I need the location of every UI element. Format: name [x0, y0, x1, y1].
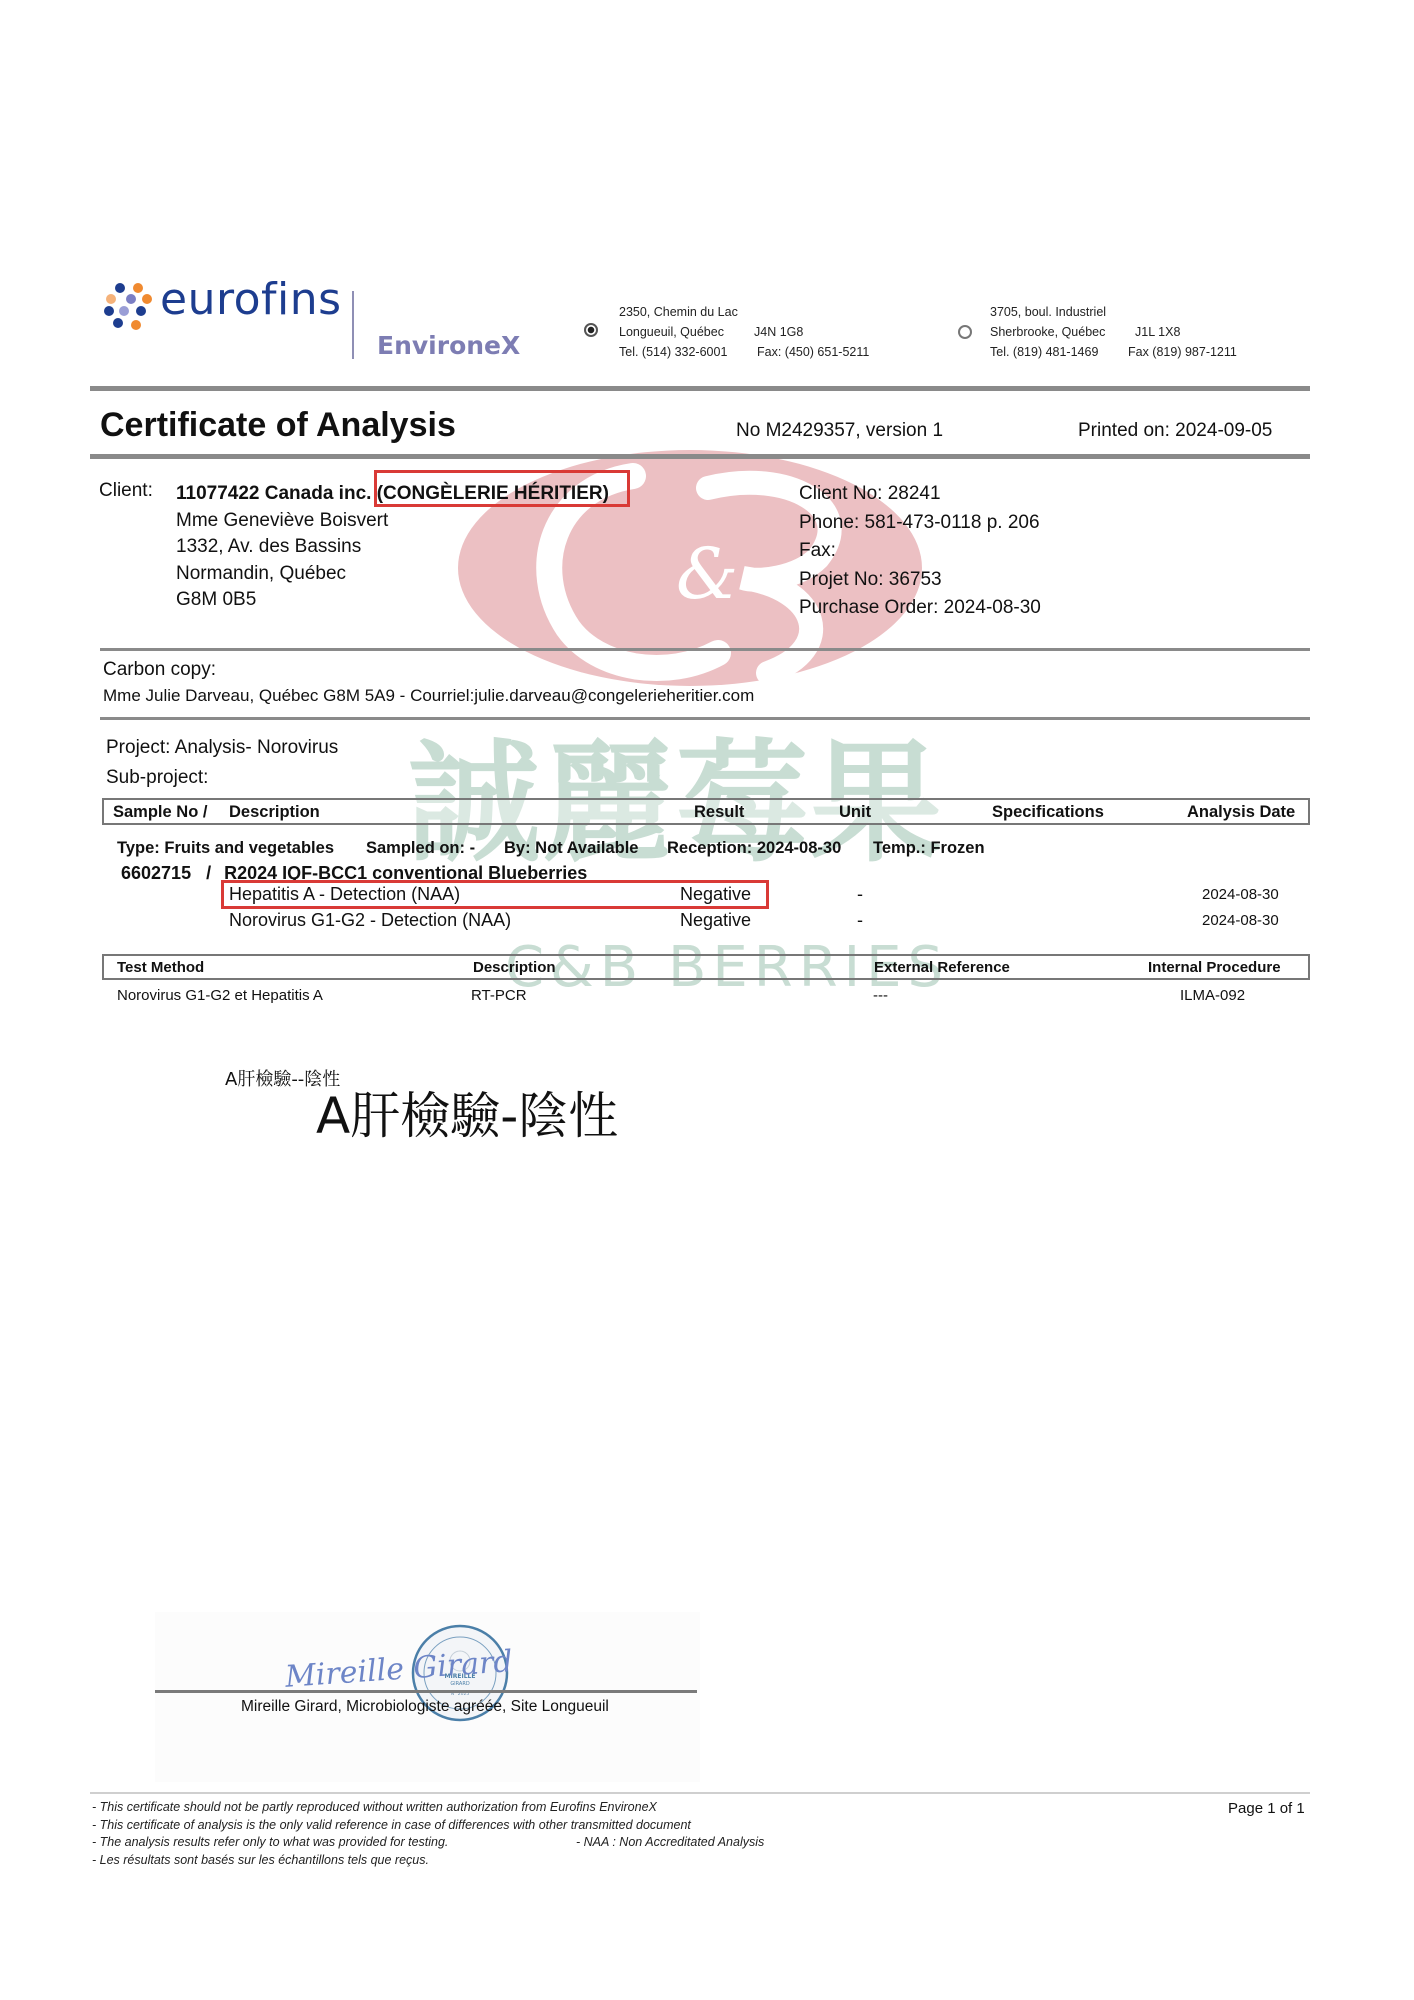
col-sample-no: Sample No / — [113, 804, 207, 821]
document-title: Certificate of Analysis — [100, 408, 456, 442]
client-company: 11077422 Canada inc. — [176, 483, 371, 504]
col-specifications: Specifications — [992, 804, 1104, 821]
annotation-large: A肝檢驗-陰性 — [316, 1091, 618, 1141]
sample-sampled-on: Sampled on: - — [366, 840, 475, 857]
client-number: Client No: 28241 — [799, 480, 1041, 509]
client-contact: Mme Geneviève Boisvert — [176, 508, 609, 535]
printed-date: Printed on: 2024-09-05 — [1078, 421, 1272, 440]
method-internal-procedure: ILMA-092 — [1180, 988, 1245, 1003]
client-details: Client No: 28241 Phone: 581-473-0118 p. … — [799, 480, 1041, 623]
footer-note: - The analysis results refer only to wha… — [92, 1834, 576, 1852]
col-analysis-date: Analysis Date — [1187, 804, 1295, 821]
method-table-header: Test Method Description External Referen… — [102, 954, 1310, 980]
col-internal-procedure: Internal Procedure — [1148, 960, 1281, 975]
carbon-copy-value: Mme Julie Darveau, Québec G8M 5A9 - Cour… — [103, 687, 754, 704]
sample-separator: / — [206, 863, 211, 883]
page-number: Page 1 of 1 — [1228, 1801, 1305, 1816]
svg-text:&: & — [676, 533, 738, 615]
col-test-method: Test Method — [117, 960, 204, 975]
carbon-copy-label: Carbon copy: — [103, 660, 216, 679]
col-method-description: Description — [473, 960, 556, 975]
site-longueuil-radio-selected-icon — [584, 323, 598, 337]
method-test-method: Norovirus G1-G2 et Hepatitis A — [117, 988, 323, 1003]
sub-project: Sub-project: — [106, 763, 338, 793]
client-city: Normandin, Québec — [176, 561, 609, 588]
project-name: Project: Analysis- Norovirus — [106, 733, 338, 763]
col-external-reference: External Reference — [874, 960, 1010, 975]
title-divider — [90, 454, 1310, 459]
client-label: Client: — [99, 481, 153, 500]
col-description: Description — [229, 804, 320, 821]
client-fax: Fax: — [799, 537, 1041, 566]
sample-reception: Reception: 2024-08-30 — [667, 840, 841, 857]
client-postal: G8M 0B5 — [176, 587, 609, 614]
result-row-result: Negative — [680, 911, 751, 929]
sample-number: 6602715 — [121, 863, 191, 883]
footer-notes: - This certificate should not be partly … — [92, 1799, 764, 1869]
result-row-desc: Norovirus G1-G2 - Detection (NAA) — [229, 911, 511, 929]
results-table-header: Sample No / Description Result Unit Spec… — [102, 798, 1310, 825]
result-row-unit: - — [857, 911, 863, 929]
project-number: Projet No: 36753 — [799, 566, 1041, 595]
result-row-date: 2024-08-30 — [1202, 913, 1279, 928]
footer-note: - Les résultats sont basés sur les échan… — [92, 1852, 764, 1870]
method-external-reference: --- — [873, 988, 888, 1003]
col-unit: Unit — [839, 804, 871, 821]
header-divider — [90, 386, 1310, 391]
result-row-unit: - — [857, 885, 863, 903]
footer-note: - This certificate should not be partly … — [92, 1799, 764, 1817]
method-description: RT-PCR — [471, 988, 527, 1003]
environex-wordmark: EnvironeX — [377, 333, 520, 358]
client-street: 1332, Av. des Bassins — [176, 534, 609, 561]
eurofins-logo-icon — [104, 282, 154, 332]
footer-note: - This certificate of analysis is the on… — [92, 1817, 764, 1835]
hepatitis-a-result-highlight — [221, 880, 769, 909]
site-sherbrooke-radio-icon — [958, 325, 972, 339]
signature-line — [155, 1690, 697, 1693]
document-number: No M2429357, version 1 — [736, 421, 943, 440]
logo-divider — [352, 291, 354, 359]
project-info: Project: Analysis- Norovirus Sub-project… — [106, 733, 338, 793]
sample-by: By: Not Available — [504, 840, 638, 857]
site-longueuil-address: 2350, Chemin du Lac Longueuil, QuébecJ4N… — [619, 302, 869, 362]
col-result: Result — [694, 804, 744, 821]
client-divider — [100, 648, 1310, 651]
site-sherbrooke-address: 3705, boul. Industriel Sherbrooke, Québe… — [990, 302, 1237, 362]
company-alias-highlight — [374, 470, 630, 507]
sample-type: Type: Fruits and vegetables — [117, 840, 334, 857]
result-row-date: 2024-08-30 — [1202, 887, 1279, 902]
purchase-order: Purchase Order: 2024-08-30 — [799, 594, 1041, 623]
naa-note: - NAA : Non Accreditated Analysis — [576, 1835, 764, 1849]
eurofins-wordmark: eurofins — [160, 278, 342, 322]
signature-caption: Mireille Girard, Microbiologiste agréée,… — [241, 1699, 609, 1715]
sample-temperature: Temp.: Frozen — [873, 840, 985, 857]
cc-divider — [100, 717, 1310, 720]
footer-divider — [90, 1792, 1310, 1794]
client-phone: Phone: 581-473-0118 p. 206 — [799, 509, 1041, 538]
